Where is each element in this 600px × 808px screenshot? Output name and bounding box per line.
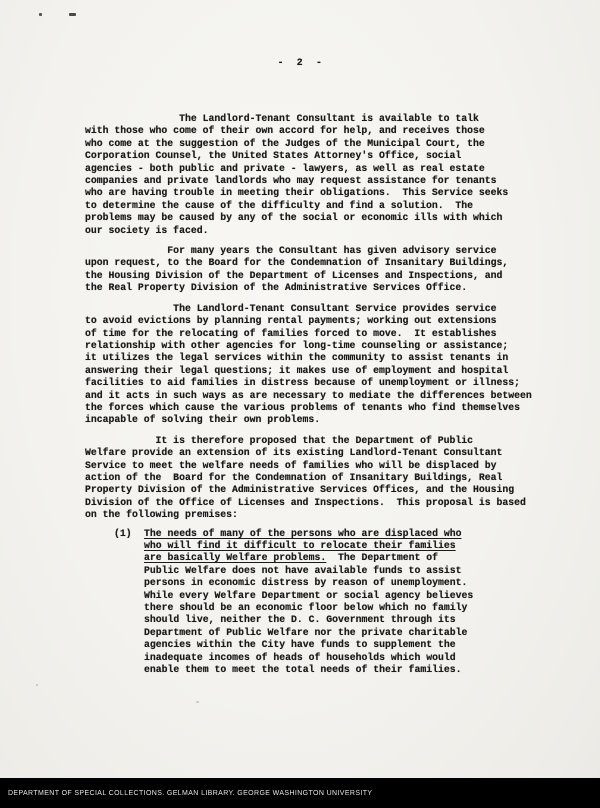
scan-artifact <box>69 13 76 16</box>
numbered-premise: (1) The needs of many of the persons who… <box>114 528 600 677</box>
scan-artifact <box>36 684 38 686</box>
archive-credit-label: DEPARTMENT OF SPECIAL COLLECTIONS. GELMA… <box>0 790 372 797</box>
premise-number: (1) <box>114 528 144 677</box>
document-body: The Landlord-Tenant Consultant is availa… <box>85 113 600 676</box>
scanned-document-page: - 2 - The Landlord-Tenant Consultant is … <box>0 0 600 808</box>
premise-text-remaining: Public Welfare does not have available f… <box>144 565 473 675</box>
scan-artifact <box>196 701 199 703</box>
scan-artifact <box>39 13 42 16</box>
premise-text: The needs of many of the persons who are… <box>144 528 473 677</box>
paragraph: For many years the Consultant has given … <box>85 245 600 295</box>
paragraph: The Landlord-Tenant Consultant is availa… <box>85 113 600 237</box>
page-number: - 2 - <box>0 0 600 69</box>
premise-text-continuation: The Department of <box>326 552 438 563</box>
paragraph: It is therefore proposed that the Depart… <box>85 435 600 522</box>
paragraph: The Landlord-Tenant Consultant Service p… <box>85 303 600 427</box>
archive-credit-bar: DEPARTMENT OF SPECIAL COLLECTIONS. GELMA… <box>0 778 600 808</box>
